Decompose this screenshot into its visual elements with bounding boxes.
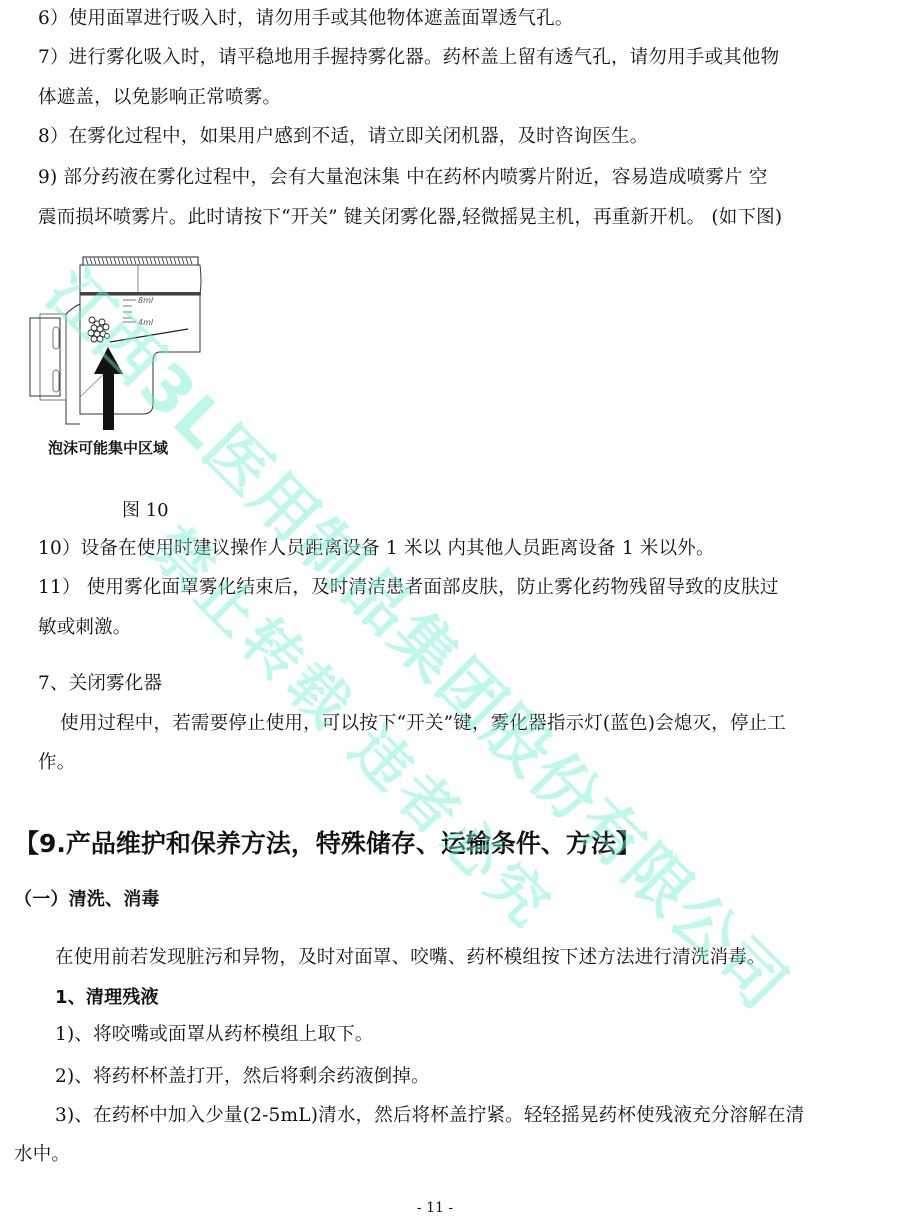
step-title-clear-residue: 1、清理残液 <box>55 986 159 1010</box>
chapter-9-heading: 【9.产品维护和保养方法，特殊储存、运输条件、方法】 <box>14 828 641 860</box>
item-7-line-1: 7）进行雾化吸入时，请平稳地用手握持雾化器。药杯盖上留有透气孔，请勿用手或其他物 <box>38 46 779 70</box>
section-7-title: 7、关闭雾化器 <box>38 672 162 696</box>
figure-caption: 图 10 <box>122 496 169 522</box>
scale-label-8ml: 8ml <box>138 296 154 305</box>
scale-label-4ml: 4ml <box>138 318 154 327</box>
step-3-line-1: 3)、在药杯中加入少量(2-5mL)清水，然后将杯盖拧紧。轻轻摇晃药杯使残液充分… <box>55 1104 804 1128</box>
step-1: 1)、将咬嘴或面罩从药杯模组上取下。 <box>55 1023 374 1047</box>
subsection-cleaning-title: （一）清洗、消毒 <box>14 888 160 912</box>
item-8: 8）在雾化过程中，如果用户感到不适，请立即关闭机器，及时咨询医生。 <box>38 125 648 149</box>
item-6: 6）使用面罩进行吸入时，请勿用手或其他物体遮盖面罩透气孔。 <box>38 7 574 31</box>
cleaning-intro: 在使用前若发现脏污和异物，及时对面罩、咬嘴、药杯模组按下述方法进行清洗消毒。 <box>55 946 766 970</box>
step-3-line-2: 水中。 <box>14 1143 70 1167</box>
foam-area-label: 泡沫可能集中区域 <box>48 437 168 458</box>
item-9-line-2: 震而损坏喷雾片。此时请按下“开关” 键关闭雾化器,轻微摇晃主机，再重新开机。 (… <box>38 206 782 230</box>
item-11-line-2: 敏或刺激。 <box>38 616 132 640</box>
section-7-body-line-2: 作。 <box>38 751 75 775</box>
section-7-body-line-1: 使用过程中，若需要停止使用，可以按下“开关”键，雾化器指示灯(蓝色)会熄灭，停止… <box>60 712 786 736</box>
nebulizer-illustration: 8ml 4ml <box>28 252 218 462</box>
item-11-line-1: 11） 使用雾化面罩雾化结束后，及时清洁患者面部皮肤，防止雾化药物残留导致的皮肤… <box>38 576 779 600</box>
item-10: 10）设备在使用时建议操作人员距离设备 1 米以 内其他人员距离设备 1 米以外… <box>38 537 715 561</box>
page-number: - 11 - <box>0 1200 870 1216</box>
item-9-line-1: 9) 部分药液在雾化过程中，会有大量泡沫集 中在药杯内喷雾片附近，容易造成喷雾片… <box>38 166 768 190</box>
item-7-line-2: 体遮盖，以免影响正常喷雾。 <box>38 86 281 110</box>
step-2: 2)、将药杯杯盖打开，然后将剩余药液倒掉。 <box>55 1065 430 1089</box>
